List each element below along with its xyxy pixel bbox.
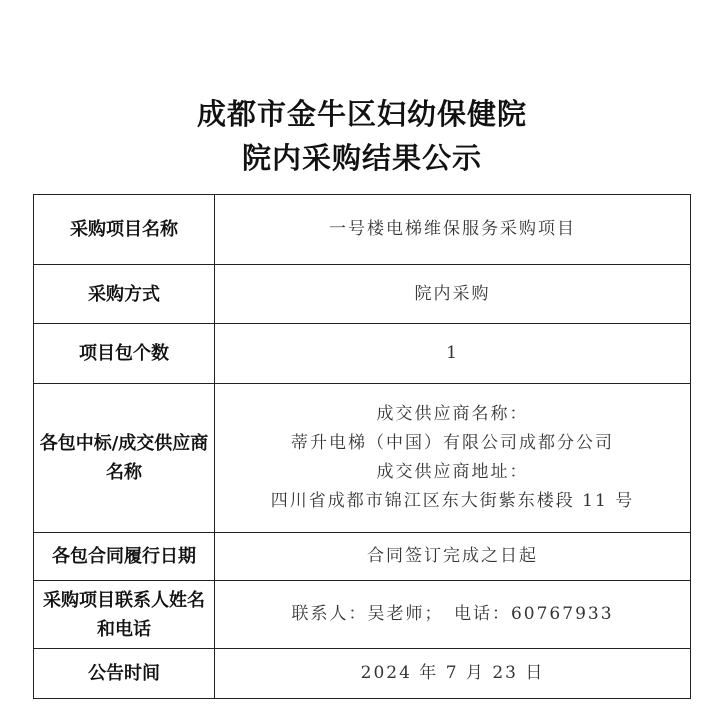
label-announcement-date: 公告时间 — [34, 649, 215, 699]
label-package-count: 项目包个数 — [34, 324, 215, 384]
label-procurement-method: 采购方式 — [34, 265, 215, 324]
table-row: 采购项目联系人姓名和电话 联系人：吴老师； 电话：60767933 — [34, 581, 691, 649]
supplier-address: 四川省成都市锦江区东大街紫东楼段 11 号 — [215, 487, 690, 516]
procurement-result-table: 采购项目名称 一号楼电梯维保服务采购项目 采购方式 院内采购 项目包个数 1 各… — [33, 194, 691, 699]
value-project-name: 一号楼电梯维保服务采购项目 — [215, 195, 691, 265]
table-row: 项目包个数 1 — [34, 324, 691, 384]
table-row: 各包中标/成交供应商名称 成交供应商名称： 蒂升电梯（中国）有限公司成都分公司 … — [34, 384, 691, 533]
label-project-name: 采购项目名称 — [34, 195, 215, 265]
table-row: 采购方式 院内采购 — [34, 265, 691, 324]
value-contact: 联系人：吴老师； 电话：60767933 — [215, 581, 691, 649]
value-announcement-date: 2024 年 7 月 23 日 — [215, 649, 691, 699]
label-contact: 采购项目联系人姓名和电话 — [34, 581, 215, 649]
supplier-name-heading: 成交供应商名称： — [215, 400, 690, 429]
label-contract-period: 各包合同履行日期 — [34, 533, 215, 581]
supplier-address-heading: 成交供应商地址： — [215, 458, 690, 487]
value-supplier: 成交供应商名称： 蒂升电梯（中国）有限公司成都分公司 成交供应商地址： 四川省成… — [215, 384, 691, 533]
value-package-count: 1 — [215, 324, 691, 384]
document-title-line2: 院内采购结果公示 — [0, 136, 724, 177]
table-row: 各包合同履行日期 合同签订完成之日起 — [34, 533, 691, 581]
table-row: 采购项目名称 一号楼电梯维保服务采购项目 — [34, 195, 691, 265]
document-title-line1: 成都市金牛区妇幼保健院 — [0, 92, 724, 133]
label-supplier: 各包中标/成交供应商名称 — [34, 384, 215, 533]
value-contract-period: 合同签订完成之日起 — [215, 533, 691, 581]
value-procurement-method: 院内采购 — [215, 265, 691, 324]
table-row: 公告时间 2024 年 7 月 23 日 — [34, 649, 691, 699]
supplier-name: 蒂升电梯（中国）有限公司成都分公司 — [215, 429, 690, 458]
